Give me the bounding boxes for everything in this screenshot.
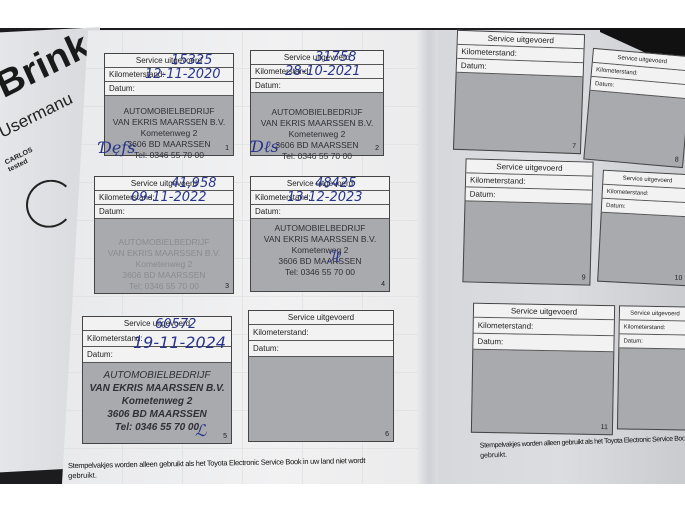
date-label: Datum:	[470, 189, 496, 199]
mileage-label: Kilometerstand:	[461, 47, 517, 58]
mileage-label: Kilometerstand:	[596, 67, 638, 77]
stamp-line: AUTOMOBIELBEDRIJF	[251, 107, 383, 118]
stamp-line: Tel: 0346 55 70 00	[251, 267, 389, 278]
box-number: 6	[385, 431, 389, 438]
stamp-line: VAN EKRIS MAARSSEN B.V.	[95, 248, 233, 259]
date-row: Datum:	[466, 187, 592, 204]
mileage-value: 31758	[315, 50, 356, 65]
service-box-7: Service uitgevoerd Kilometerstand: Datum…	[453, 30, 585, 154]
box-number: 9	[582, 274, 586, 281]
mileage-value: 41,958	[171, 176, 217, 191]
manual-title: Brink	[0, 25, 96, 108]
mileage-label: Kilometerstand:	[470, 175, 526, 185]
service-box-6: Service uitgevoerd Kilometerstand: Datum…	[248, 310, 394, 442]
dealer-stamp: AUTOMOBIELBEDRIJF VAN EKRIS MAARSSEN B.V…	[83, 363, 231, 434]
stamp-line: VAN EKRIS MAARSSEN B.V.	[83, 382, 231, 395]
date-label: Datum:	[595, 81, 615, 89]
date-value: 28-10-2021	[285, 64, 361, 79]
box-number: 3	[225, 283, 229, 290]
stamp-line: AUTOMOBIELBEDRIJF	[95, 237, 233, 248]
stamp-line: Tel: 0346 55 70 00	[95, 281, 233, 292]
stamp-line: Tel: 0346 55 70 00	[83, 421, 231, 434]
date-row: Datum:	[619, 334, 685, 349]
box-number: 1	[225, 145, 229, 152]
service-box-8: Service uitgevoerd Kilometerstand: Datum…	[583, 48, 685, 168]
stamp-line: VAN EKRIS MAARSSEN B.V.	[251, 118, 383, 129]
stamp-line: AUTOMOBIELBEDRIJF	[251, 223, 389, 234]
top-margin	[0, 0, 685, 28]
bottom-margin	[0, 484, 685, 514]
stamp-line: VAN EKRIS MAARSSEN B.V.	[105, 117, 233, 128]
box-header: Service uitgevoerd	[620, 306, 685, 321]
date-row: Datum:	[602, 199, 685, 218]
date-label: Datum:	[477, 337, 503, 346]
date-label: Datum:	[623, 338, 642, 344]
date-value: 12-11-2020	[145, 67, 221, 82]
mileage-label: Kilometerstand:	[607, 189, 649, 197]
box-number: 10	[674, 275, 682, 282]
dealer-stamp: AUTOMOBIELBEDRIJF VAN EKRIS MAARSSEN B.V…	[251, 219, 389, 278]
dealer-stamp: AUTOMOBIELBEDRIJF VAN EKRIS MAARSSEN B.V…	[95, 219, 233, 292]
date-row: Datum:	[95, 205, 233, 219]
service-box-3: Service uitgevoerd Kilometerstand: Datum…	[94, 176, 234, 294]
mileage-value: 48425	[315, 176, 356, 191]
date-label: Datum:	[606, 203, 626, 210]
date-label: Datum:	[109, 84, 135, 93]
date-row: Datum:	[105, 82, 233, 96]
date-value: 09-11-2022	[131, 190, 207, 205]
date-label: Datum:	[461, 61, 487, 71]
service-box-9: Service uitgevoerd Kilometerstand: Datum…	[462, 158, 593, 285]
box-number: 11	[601, 424, 608, 431]
stamp-line: 3606 BD MAARSSEN	[83, 408, 231, 421]
stamp-line: Kometenweg 2	[251, 245, 389, 256]
box-number: 5	[223, 433, 227, 440]
stamp-line: 3606 BD MAARSSEN	[95, 270, 233, 281]
mileage-row: Kilometerstand:	[620, 320, 685, 335]
box-number: 7	[572, 143, 576, 150]
service-box-4: Service uitgevoerd Kilometerstand: Datum…	[250, 176, 390, 292]
service-box-10: Service uitgevoerd Kilometerstand: Datum…	[597, 170, 685, 287]
mileage-value: 15325	[171, 53, 212, 68]
signature: ℐℓ	[327, 247, 341, 267]
mileage-label: Kilometerstand:	[478, 321, 534, 331]
box-number: 4	[381, 281, 385, 288]
date-row: Datum:	[251, 79, 383, 93]
mileage-label: Kilometerstand:	[253, 328, 309, 337]
manual-circle-icon	[26, 178, 74, 229]
booklet-spine	[418, 30, 440, 484]
manual-badge: CARLOS tested	[4, 147, 38, 175]
box-header: Service uitgevoerd	[105, 54, 233, 68]
stamp-line: AUTOMOBIELBEDRIJF	[83, 369, 231, 382]
date-row: Datum:	[251, 205, 389, 219]
date-label: Datum:	[255, 81, 281, 90]
stamp-line: Kometenweg 2	[95, 259, 233, 270]
date-row: Datum:	[473, 334, 613, 352]
date-value: 19-11-2024	[133, 333, 226, 352]
stamp-line: 3606 BD MAARSSEN	[251, 256, 389, 267]
stamp-line: VAN EKRIS MAARSSEN B.V.	[251, 234, 389, 245]
date-row: Datum:	[457, 59, 583, 77]
date-label: Datum:	[99, 207, 125, 216]
box-header: Service uitgevoerd	[249, 311, 393, 325]
date-label: Datum:	[87, 350, 113, 359]
service-box-12: Service uitgevoerd Kilometerstand: Datum…	[617, 305, 685, 430]
mileage-value: 60572	[155, 317, 196, 332]
service-box-11: Service uitgevoerd Kilometerstand: Datum…	[471, 303, 615, 435]
signature: Ɗℓs	[251, 137, 279, 157]
date-label: Datum:	[255, 207, 281, 216]
box-number: 2	[375, 145, 379, 152]
date-value: 13-12-2023	[287, 190, 363, 205]
service-box-1: Service uitgevoerd Kilometerstand: Datum…	[104, 53, 234, 156]
signature: ℒ	[195, 421, 207, 440]
date-label: Datum:	[253, 344, 279, 353]
service-box-5: Service uitgevoerd Kilometerstand: Datum…	[82, 316, 232, 444]
mileage-row: Kilometerstand:	[249, 325, 393, 341]
stamp-line: Kometenweg 2	[83, 395, 231, 408]
signature: Ɗęfs	[99, 138, 135, 157]
mileage-label: Kilometerstand:	[624, 324, 666, 331]
service-box-2: Service uitgevoerd Kilometerstand: Datum…	[250, 50, 384, 156]
box-number: 8	[674, 156, 679, 163]
stamp-line: AUTOMOBIELBEDRIJF	[105, 106, 233, 117]
date-row: Datum:	[249, 341, 393, 357]
